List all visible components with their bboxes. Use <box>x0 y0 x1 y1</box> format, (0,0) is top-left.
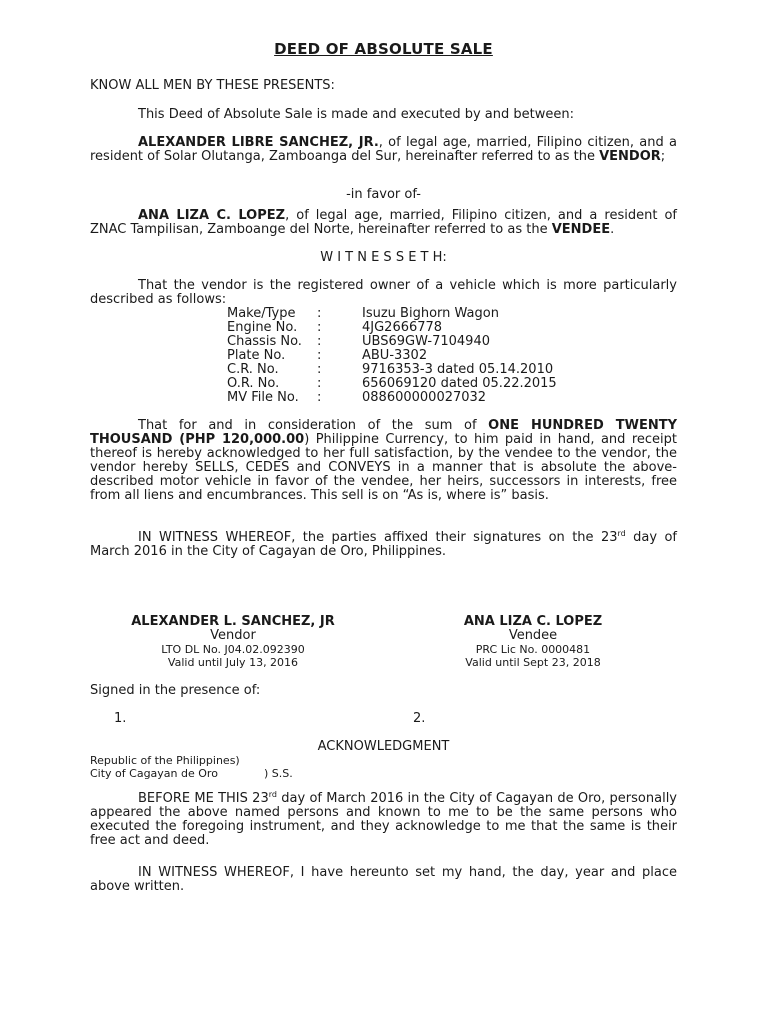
document-title: DEED OF ABSOLUTE SALE <box>90 42 677 56</box>
detail-label: Plate No. <box>227 349 317 363</box>
witness-1: 1. <box>114 712 126 726</box>
vehicle-intro: That the vendor is the registered owner … <box>90 279 677 307</box>
signatory-id: LTO DL No. J04.02.092390 <box>93 643 373 656</box>
detail-value: 9716353-3 dated 05.14.2010 <box>362 363 553 377</box>
venue-line-2: City of Cagayan de Oro <box>90 767 218 780</box>
vendor-signature-block: ALEXANDER L. SANCHEZ, JR Vendor LTO DL N… <box>93 615 373 669</box>
signatory-role: Vendor <box>93 629 373 643</box>
detail-value: 656069120 dated 05.22.2015 <box>362 377 557 391</box>
venue-line-1: Republic of the Philippines) <box>90 754 240 767</box>
detail-label: Make/Type <box>227 307 317 321</box>
opening-line: KNOW ALL MEN BY THESE PRESENTS: <box>90 79 335 93</box>
before-me-paragraph: BEFORE ME THIS 23rd day of March 2016 in… <box>90 792 677 848</box>
vehicle-detail-row: Engine No.:4JG2666778 <box>227 321 627 335</box>
vehicle-detail-row: Chassis No.:UBS69GW-7104940 <box>227 335 627 349</box>
signed-presence: Signed in the presence of: <box>90 684 260 698</box>
detail-separator: : <box>317 335 362 349</box>
consideration-paragraph: That for and in consideration of the sum… <box>90 419 677 503</box>
witness-2: 2. <box>413 712 425 726</box>
venue-ss: ) S.S. <box>264 767 293 780</box>
detail-value: Isuzu Bighorn Wagon <box>362 307 499 321</box>
vehicle-detail-row: C.R. No.:9716353-3 dated 05.14.2010 <box>227 363 627 377</box>
vendee-signature-block: ANA LIZA C. LOPEZ Vendee PRC Lic No. 000… <box>393 615 673 669</box>
detail-label: Chassis No. <box>227 335 317 349</box>
detail-separator: : <box>317 363 362 377</box>
detail-separator: : <box>317 377 362 391</box>
detail-value: UBS69GW-7104940 <box>362 335 490 349</box>
vendor-paragraph: ALEXANDER LIBRE SANCHEZ, JR., of legal a… <box>90 136 677 164</box>
signatory-validity: Valid until Sept 23, 2018 <box>393 656 673 669</box>
vehicle-detail-row: O.R. No.:656069120 dated 05.22.2015 <box>227 377 627 391</box>
detail-value: 4JG2666778 <box>362 321 442 335</box>
vendee-role: VENDEE <box>552 222 610 237</box>
vehicle-detail-row: MV File No.:088600000027032 <box>227 391 627 405</box>
signatory-role: Vendee <box>393 629 673 643</box>
acknowledgment-heading: ACKNOWLEDGMENT <box>90 740 677 754</box>
signatory-name: ANA LIZA C. LOPEZ <box>393 615 673 629</box>
detail-separator: : <box>317 349 362 363</box>
in-favor-of: -in favor of- <box>90 188 677 202</box>
vendee-paragraph: ANA LIZA C. LOPEZ, of legal age, married… <box>90 209 677 237</box>
witnesseth-heading: W I T N E S S E T H: <box>90 251 677 265</box>
vendor-name: ALEXANDER LIBRE SANCHEZ, JR. <box>138 135 379 150</box>
detail-separator: : <box>317 321 362 335</box>
detail-label: C.R. No. <box>227 363 317 377</box>
detail-separator: : <box>317 391 362 405</box>
vehicle-details-table: Make/Type:Isuzu Bighorn WagonEngine No.:… <box>227 307 627 405</box>
vendee-name: ANA LIZA C. LOPEZ <box>138 208 285 223</box>
vendor-role: VENDOR <box>599 149 661 164</box>
signatory-name: ALEXANDER L. SANCHEZ, JR <box>93 615 373 629</box>
detail-label: MV File No. <box>227 391 317 405</box>
intro-paragraph: This Deed of Absolute Sale is made and e… <box>90 108 677 122</box>
closing-paragraph: IN WITNESS WHEREOF, I have hereunto set … <box>90 866 677 894</box>
vehicle-detail-row: Make/Type:Isuzu Bighorn Wagon <box>227 307 627 321</box>
detail-separator: : <box>317 307 362 321</box>
signatory-validity: Valid until July 13, 2016 <box>93 656 373 669</box>
vehicle-detail-row: Plate No.:ABU-3302 <box>227 349 627 363</box>
detail-value: ABU-3302 <box>362 349 427 363</box>
detail-label: O.R. No. <box>227 377 317 391</box>
witness-whereof-paragraph: IN WITNESS WHEREOF, the parties affixed … <box>90 531 677 559</box>
signatory-id: PRC Lic No. 0000481 <box>393 643 673 656</box>
detail-label: Engine No. <box>227 321 317 335</box>
detail-value: 088600000027032 <box>362 391 486 405</box>
